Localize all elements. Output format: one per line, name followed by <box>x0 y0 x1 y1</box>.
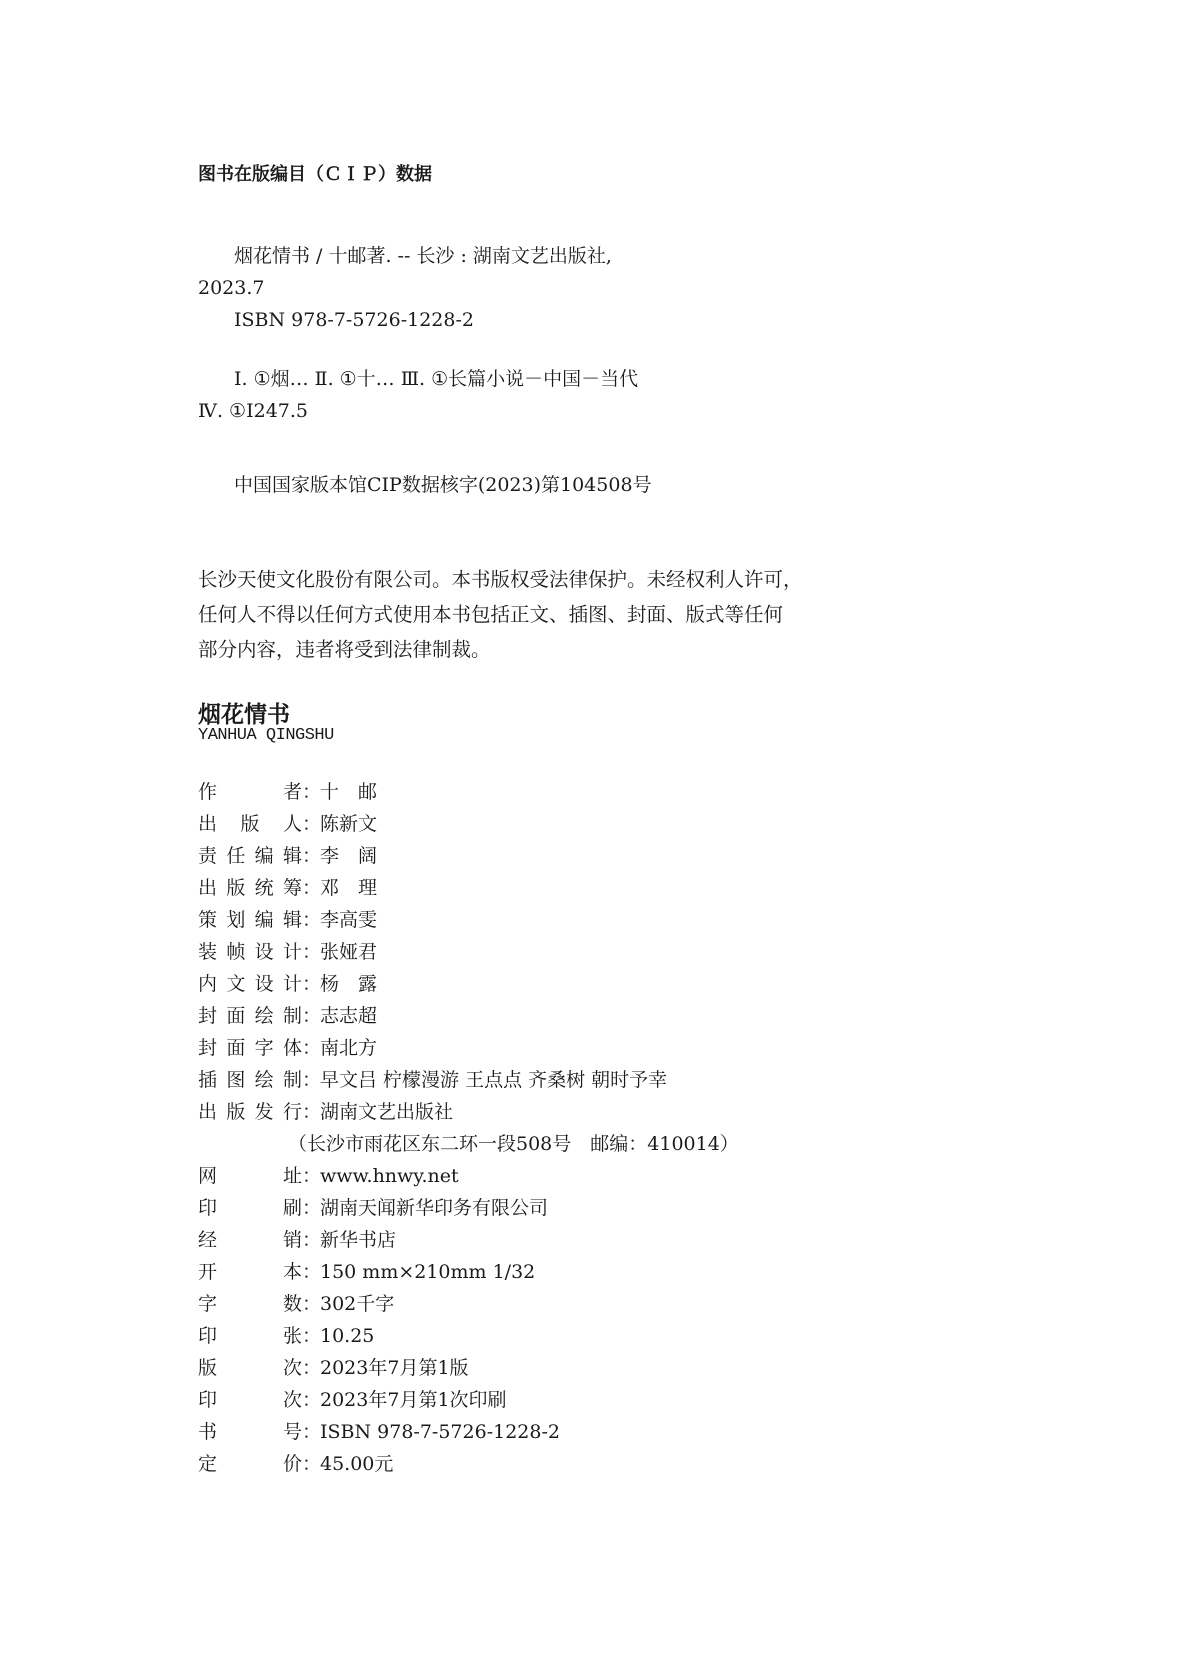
credit-label-char: 书 <box>198 1416 217 1448</box>
credit-label-char: 计 <box>283 936 302 968</box>
copyright-line: 任何人不得以任何方式使用本书包括正文、插图、封面、版式等任何 <box>198 597 868 632</box>
credit-row: 经销：新华书店 <box>198 1224 739 1256</box>
credits-list: 作者：十 邮出版人：陈新文责任编辑：李 阔出版统筹：邓 理策划编辑：李高雯装帧设… <box>198 776 739 1480</box>
credit-label-char: 印 <box>198 1384 217 1416</box>
credit-row: 印次：2023年7月第1次印刷 <box>198 1384 739 1416</box>
credit-label: 印刷 <box>198 1192 302 1224</box>
credit-separator: ： <box>302 1096 320 1128</box>
credit-row: 插图绘制：早文吕 柠檬漫游 王点点 齐桑树 朝时予幸 <box>198 1064 739 1096</box>
credit-label: 作者 <box>198 776 302 808</box>
cip-classification-line-2: Ⅳ. ①I247.5 <box>198 395 638 427</box>
credit-label-char: 编 <box>255 840 274 872</box>
credit-label-char: 制 <box>283 1000 302 1032</box>
credit-value: 张娅君 <box>320 936 377 968</box>
credit-label-char: 版 <box>240 808 259 840</box>
copyright-notice: 长沙天使文化股份有限公司。本书版权受法律保护。未经权利人许可， 任何人不得以任何… <box>198 562 868 667</box>
credit-row: 版次：2023年7月第1版 <box>198 1352 739 1384</box>
copyright-line: 部分内容，违者将受到法律制裁。 <box>198 632 868 667</box>
credit-separator: ： <box>302 1416 320 1448</box>
credit-label-char: 行 <box>283 1096 302 1128</box>
credit-value: 邓 理 <box>320 872 377 904</box>
cip-date-line: 2023.7 <box>198 272 612 304</box>
credit-label-char: 版 <box>226 1096 245 1128</box>
credit-label-char: 筹 <box>283 872 302 904</box>
credit-label: 定价 <box>198 1448 302 1480</box>
credit-separator: ： <box>302 1192 320 1224</box>
credit-label-char: 发 <box>255 1096 274 1128</box>
credit-value: 南北方 <box>320 1032 377 1064</box>
credit-label-char: 设 <box>255 936 274 968</box>
credit-label: 印次 <box>198 1384 302 1416</box>
credit-label-char: 张 <box>283 1320 302 1352</box>
credit-label-char: 图 <box>226 1064 245 1096</box>
credit-separator: ： <box>302 808 320 840</box>
credit-label-char: 划 <box>226 904 245 936</box>
credit-value: 湖南天闻新华印务有限公司 <box>320 1192 548 1224</box>
credit-label-char: 封 <box>198 1000 217 1032</box>
credit-label-char: 责 <box>198 840 217 872</box>
credit-label-char: 经 <box>198 1224 217 1256</box>
publisher-address: （长沙市雨花区东二环一段508号 邮编：410014） <box>198 1128 739 1160</box>
credit-label-char: 插 <box>198 1064 217 1096</box>
credit-label-char: 字 <box>198 1288 217 1320</box>
credit-row: 装帧设计：张娅君 <box>198 936 739 968</box>
credit-value: 志志超 <box>320 1000 377 1032</box>
credit-label-char: 人 <box>283 808 302 840</box>
credit-label-char: 出 <box>198 872 217 904</box>
credit-label-char: 印 <box>198 1320 217 1352</box>
credit-row: 印刷：湖南天闻新华印务有限公司 <box>198 1192 739 1224</box>
credit-value: 10.25 <box>320 1320 374 1352</box>
credit-row: 责任编辑：李 阔 <box>198 840 739 872</box>
credit-value: ISBN 978-7-5726-1228-2 <box>320 1416 560 1448</box>
credit-label: 书号 <box>198 1416 302 1448</box>
credit-row: 封面绘制：志志超 <box>198 1000 739 1032</box>
credit-label-char: 数 <box>283 1288 302 1320</box>
book-title-pinyin: YANHUA QINGSHU <box>198 726 334 745</box>
credit-label-char: 者 <box>283 776 302 808</box>
credit-row: 封面字体：南北方 <box>198 1032 739 1064</box>
credit-label: 责任编辑 <box>198 840 302 872</box>
credit-row: 印张：10.25 <box>198 1320 739 1352</box>
credit-label-char: 策 <box>198 904 217 936</box>
credit-label: 出版发行 <box>198 1096 302 1128</box>
credit-label-char: 绘 <box>255 1000 274 1032</box>
credit-value: 早文吕 柠檬漫游 王点点 齐桑树 朝时予幸 <box>320 1064 667 1096</box>
credit-separator: ： <box>302 1384 320 1416</box>
credit-value: 2023年7月第1版 <box>320 1352 469 1384</box>
credit-label-char: 次 <box>283 1352 302 1384</box>
credit-label-char: 定 <box>198 1448 217 1480</box>
credit-row: 书号：ISBN 978-7-5726-1228-2 <box>198 1416 739 1448</box>
cip-classification: Ⅰ. ①烟… Ⅱ. ①十… Ⅲ. ①长篇小说－中国－当代 Ⅳ. ①I247.5 <box>198 363 638 427</box>
credit-label-char: 销 <box>283 1224 302 1256</box>
credit-separator: ： <box>302 1032 320 1064</box>
credit-label-char: 网 <box>198 1160 217 1192</box>
credit-row: 出版统筹：邓 理 <box>198 872 739 904</box>
credit-label: 插图绘制 <box>198 1064 302 1096</box>
credit-label: 经销 <box>198 1224 302 1256</box>
credit-label-char: 统 <box>255 872 274 904</box>
credit-value: 302千字 <box>320 1288 394 1320</box>
credit-label-char: 体 <box>283 1032 302 1064</box>
credit-label-char: 作 <box>198 776 217 808</box>
copyright-line: 长沙天使文化股份有限公司。本书版权受法律保护。未经权利人许可， <box>198 562 868 597</box>
credit-value: 新华书店 <box>320 1224 396 1256</box>
credit-row: 作者：十 邮 <box>198 776 739 808</box>
credit-label-char: 封 <box>198 1032 217 1064</box>
credit-separator: ： <box>302 1160 320 1192</box>
credit-label: 内文设计 <box>198 968 302 1000</box>
credit-row: 字数：302千字 <box>198 1288 739 1320</box>
credit-separator: ： <box>302 904 320 936</box>
credit-label-char: 出 <box>198 808 217 840</box>
credit-label-char: 内 <box>198 968 217 1000</box>
credit-value: 李高雯 <box>320 904 377 936</box>
credit-separator: ： <box>302 1256 320 1288</box>
credit-value: www.hnwy.net <box>320 1160 459 1192</box>
book-title: 烟花情书 <box>198 696 290 729</box>
credit-label-char: 版 <box>226 872 245 904</box>
credit-label: 封面绘制 <box>198 1000 302 1032</box>
credit-label-char: 版 <box>198 1352 217 1384</box>
credit-value: 湖南文艺出版社 <box>320 1096 453 1128</box>
credit-label: 出版人 <box>198 808 302 840</box>
credit-separator: ： <box>302 936 320 968</box>
credit-separator: ： <box>302 776 320 808</box>
credit-label-char: 开 <box>198 1256 217 1288</box>
credit-separator: ： <box>302 1000 320 1032</box>
credit-value: 陈新文 <box>320 808 377 840</box>
credit-label: 出版统筹 <box>198 872 302 904</box>
credit-value: 李 阔 <box>320 840 377 872</box>
credit-row: 出版发行：湖南文艺出版社 <box>198 1096 739 1128</box>
credit-label-char: 本 <box>283 1256 302 1288</box>
credit-label-char: 面 <box>226 1000 245 1032</box>
credit-separator: ： <box>302 1448 320 1480</box>
credit-label: 印张 <box>198 1320 302 1352</box>
credit-separator: ： <box>302 1288 320 1320</box>
credit-label: 版次 <box>198 1352 302 1384</box>
credit-label-char: 出 <box>198 1096 217 1128</box>
credit-label-char: 刷 <box>283 1192 302 1224</box>
credit-label-char: 文 <box>226 968 245 1000</box>
cip-title-line: 烟花情书 / 十邮著. -- 长沙 : 湖南文艺出版社, <box>198 240 612 272</box>
credit-row: 内文设计：杨 露 <box>198 968 739 1000</box>
credit-label: 字数 <box>198 1288 302 1320</box>
credit-value: 150 mm×210mm 1/32 <box>320 1256 535 1288</box>
credit-row: 定价：45.00元 <box>198 1448 739 1480</box>
cip-heading: 图书在版编目（ＣＩＰ）数据 <box>198 160 432 186</box>
credit-label-char: 字 <box>255 1032 274 1064</box>
credit-row: 出版人：陈新文 <box>198 808 739 840</box>
credit-label-char: 装 <box>198 936 217 968</box>
credit-separator: ： <box>302 872 320 904</box>
credit-label-char: 面 <box>226 1032 245 1064</box>
credit-label-char: 址 <box>283 1160 302 1192</box>
credit-separator: ： <box>302 1352 320 1384</box>
cip-isbn-line: ISBN 978-7-5726-1228-2 <box>198 304 612 336</box>
credit-label-char: 设 <box>255 968 274 1000</box>
cip-record: 烟花情书 / 十邮著. -- 长沙 : 湖南文艺出版社, 2023.7 ISBN… <box>198 240 612 336</box>
credit-label-char: 号 <box>283 1416 302 1448</box>
credit-label-char: 编 <box>255 904 274 936</box>
cip-classification-line-1: Ⅰ. ①烟… Ⅱ. ①十… Ⅲ. ①长篇小说－中国－当代 <box>198 363 638 395</box>
credit-separator: ： <box>302 1224 320 1256</box>
credit-label-char: 价 <box>283 1448 302 1480</box>
credit-label-char: 制 <box>283 1064 302 1096</box>
credit-label: 策划编辑 <box>198 904 302 936</box>
credit-label: 装帧设计 <box>198 936 302 968</box>
credit-value: 2023年7月第1次印刷 <box>320 1384 507 1416</box>
credit-label-char: 次 <box>283 1384 302 1416</box>
credit-separator: ： <box>302 968 320 1000</box>
cip-record-number: 中国国家版本馆CIP数据核字(2023)第104508号 <box>234 470 652 497</box>
credit-label: 开本 <box>198 1256 302 1288</box>
credit-row: 开本：150 mm×210mm 1/32 <box>198 1256 739 1288</box>
credit-value: 十 邮 <box>320 776 377 808</box>
credit-label-char: 辑 <box>283 840 302 872</box>
credit-separator: ： <box>302 1064 320 1096</box>
credit-label-char: 任 <box>226 840 245 872</box>
credit-value: 杨 露 <box>320 968 377 1000</box>
credit-label-char: 绘 <box>255 1064 274 1096</box>
credit-label-char: 帧 <box>226 936 245 968</box>
credit-label-char: 印 <box>198 1192 217 1224</box>
credit-separator: ： <box>302 840 320 872</box>
credit-row: 策划编辑：李高雯 <box>198 904 739 936</box>
credit-label-char: 计 <box>283 968 302 1000</box>
credit-label: 网址 <box>198 1160 302 1192</box>
credit-label-char: 辑 <box>283 904 302 936</box>
credit-value: 45.00元 <box>320 1448 393 1480</box>
credit-separator: ： <box>302 1320 320 1352</box>
credit-label: 封面字体 <box>198 1032 302 1064</box>
credit-row: 网址：www.hnwy.net <box>198 1160 739 1192</box>
